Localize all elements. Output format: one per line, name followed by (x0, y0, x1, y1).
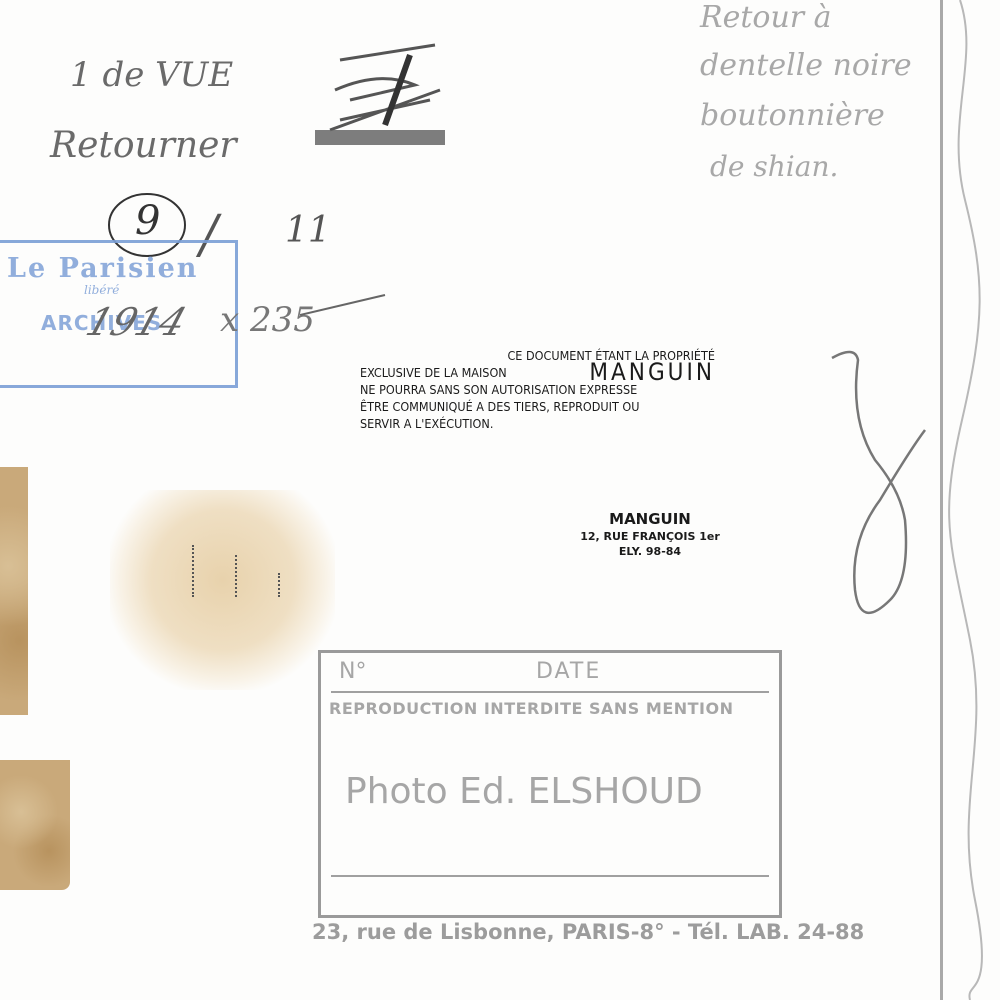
stamp-divider-top (331, 691, 769, 693)
address-stamp-street: 12, RUE FRANÇOIS 1er (560, 530, 740, 543)
archive-stamp-title: Le Parisien (7, 253, 198, 284)
notice-line-4: ÊTRE COMMUNIQUÉ A DES TIERS, REPRODUIT O… (360, 398, 640, 415)
staple-holes (190, 545, 290, 605)
address-stamp-phone: ELY. 98-84 (560, 545, 740, 558)
note-line-2: dentelle noire (700, 48, 912, 83)
stamp-date-label: DATE (536, 659, 601, 684)
address-stamp: MANGUIN 12, RUE FRANÇOIS 1er ELY. 98-84 (560, 510, 740, 558)
notice-line-5: SERVIR A L'EXÉCUTION. (360, 415, 493, 432)
side-number-8 (820, 340, 930, 630)
stamp-divider-bottom (331, 875, 769, 877)
double-slash-mark: 11 (285, 210, 331, 251)
stamp-address: 23, rue de Lisbonne, PARIS-8° - Tél. LAB… (312, 920, 864, 944)
notice-line-3: NE POURRA SANS SON AUTORISATION EXPRESSE (360, 381, 637, 398)
tape-remnant-bottom (0, 760, 70, 890)
circled-number-value: 9 (135, 198, 160, 244)
archive-stamp-overprint: libéré (84, 283, 119, 297)
scribbled-number (310, 35, 450, 150)
ownership-notice: CE DOCUMENT ÉTANT LA PROPRIÉTÉ EXCLUSIVE… (360, 347, 715, 432)
tape-remnant-top (0, 467, 28, 715)
stamp-number-label: N° (339, 659, 366, 684)
address-stamp-name: MANGUIN (560, 510, 740, 528)
stamp-warning: REPRODUCTION INTERDITE SANS MENTION (329, 699, 734, 718)
year-mark: 1914 (81, 300, 192, 344)
wavy-pencil-line (940, 0, 1000, 1000)
note-retourner: Retourner (50, 125, 237, 166)
stamp-credit: Photo Ed. ELSHOUD (345, 771, 703, 812)
pencil-stroke (300, 290, 390, 320)
photographer-stamp: N° DATE REPRODUCTION INTERDITE SANS MENT… (318, 650, 782, 918)
notice-line-2: EXCLUSIVE DE LA MAISON (360, 364, 507, 381)
note-line-1: Retour à (700, 0, 832, 35)
note-line-4: de shian. (710, 150, 838, 183)
note-line-3: boutonnière (700, 98, 885, 133)
note-de-vue: 1 de VUE (70, 55, 233, 95)
notice-house-name: MANGUIN (589, 364, 715, 381)
